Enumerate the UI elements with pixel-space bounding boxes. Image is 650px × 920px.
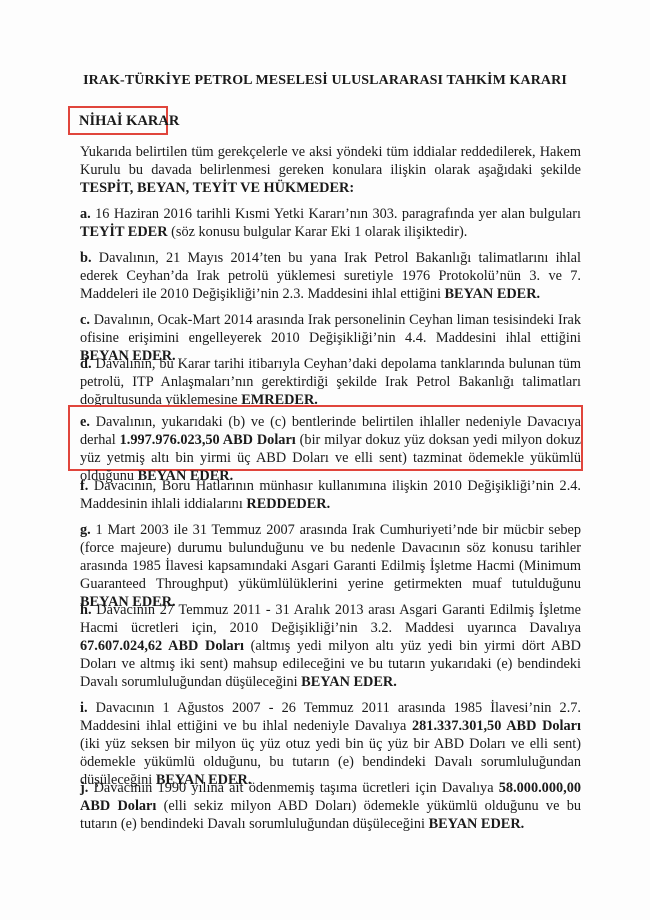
item-bold-text: REDDEDER.: [246, 496, 330, 512]
item-bold-text: BEYAN EDER.: [301, 674, 397, 690]
item-letter: i.: [80, 700, 88, 716]
intro-bold: TESPİT, BEYAN, TEYİT VE HÜKMEDER:: [80, 180, 354, 196]
item-bold-text: 1.997.976.023,50 ABD Doları: [120, 432, 296, 448]
ruling-item-d: d. Davalının, bu Karar tarihi itibarıyla…: [80, 355, 581, 409]
item-letter: c.: [80, 312, 90, 328]
intro-paragraph: Yukarıda belirtilen tüm gerekçelerle ve …: [80, 143, 581, 197]
ruling-item-i: i. Davacının 1 Ağustos 2007 - 26 Temmuz …: [80, 699, 581, 789]
document-page: IRAK-TÜRKİYE PETROL MESELESİ ULUSLARARAS…: [0, 0, 650, 920]
item-text: (söz konusu bulgular Karar Eki 1 olarak …: [168, 224, 468, 240]
item-bold-text: TEYİT EDER: [80, 224, 168, 240]
ruling-item-e: e. Davalının, yukarıdaki (b) ve (c) bent…: [80, 413, 581, 485]
item-text: Davacının 1990 yılına ait ödenmemiş taşı…: [88, 780, 498, 796]
item-bold-text: 281.337.301,50 ABD Doları: [412, 718, 581, 734]
ruling-item-a: a. 16 Haziran 2016 tarihli Kısmi Yetki K…: [80, 205, 581, 241]
ruling-item-h: h. Davacının 27 Temmuz 2011 - 31 Aralık …: [80, 601, 581, 691]
section-heading: NİHAİ KARAR: [79, 113, 179, 130]
item-letter: e.: [80, 414, 90, 430]
item-letter: h.: [80, 602, 92, 618]
item-letter: a.: [80, 206, 91, 222]
ruling-item-j: j. Davacının 1990 yılına ait ödenmemiş t…: [80, 779, 581, 833]
item-text: Davacının 27 Temmuz 2011 - 31 Aralık 201…: [80, 602, 581, 636]
item-letter: d.: [80, 356, 92, 372]
item-text: Davacının, Boru Hatlarının münhasır kull…: [80, 478, 581, 512]
item-bold-text: BEYAN EDER.: [429, 816, 525, 832]
item-text: 1 Mart 2003 ile 31 Temmuz 2007 arasında …: [80, 522, 581, 592]
intro-text: Yukarıda belirtilen tüm gerekçelerle ve …: [80, 144, 581, 178]
item-letter: b.: [80, 250, 92, 266]
item-text: 16 Haziran 2016 tarihli Kısmi Yetki Kara…: [91, 206, 581, 222]
item-text: Davalının, Ocak-Mart 2014 arasında Irak …: [80, 312, 581, 346]
item-bold-text: BEYAN EDER.: [445, 286, 541, 302]
ruling-item-f: f. Davacının, Boru Hatlarının münhasır k…: [80, 477, 581, 513]
ruling-item-g: g. 1 Mart 2003 ile 31 Temmuz 2007 arasın…: [80, 521, 581, 611]
item-text: Davalının, bu Karar tarihi itibarıyla Ce…: [80, 356, 581, 408]
item-bold-text: 67.607.024,62 ABD Doları: [80, 638, 244, 654]
item-letter: g.: [80, 522, 91, 538]
document-title: IRAK-TÜRKİYE PETROL MESELESİ ULUSLARARAS…: [0, 73, 650, 89]
ruling-item-b: b. Davalının, 21 Mayıs 2014’ten bu yana …: [80, 249, 581, 303]
